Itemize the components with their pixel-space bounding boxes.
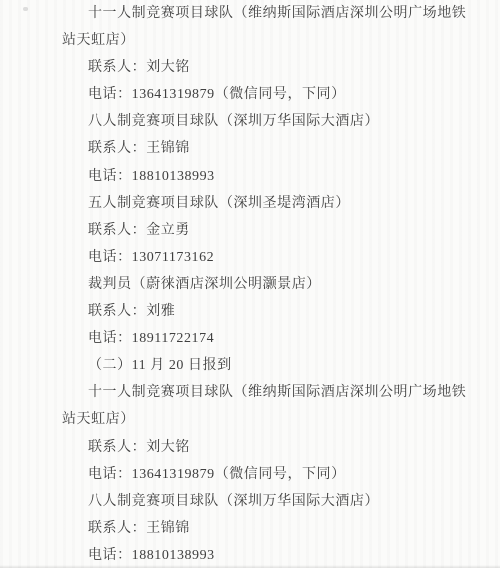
line-contact: 联系人：刘大铭 — [62, 434, 500, 461]
line-team-eleven-wrap: 站天虹店） — [62, 406, 500, 433]
line-team-five: 五人制竞赛项目球队（深圳圣堤湾酒店） — [62, 190, 500, 217]
line-contact: 联系人：王锦锦 — [62, 515, 500, 542]
line-team-eight: 八人制竞赛项目球队（深圳万华国际大酒店） — [62, 488, 500, 515]
line-team-eight: 八人制竞赛项目球队（深圳万华国际大酒店） — [62, 108, 500, 135]
line-phone: 电话：13641319879（微信同号，下同） — [62, 81, 500, 108]
line-contact: 联系人：王锦锦 — [62, 135, 500, 162]
line-team-eleven-wrap: 站天虹店） — [62, 27, 500, 54]
line-phone: 电话：13071173162 — [62, 244, 500, 271]
line-team-eleven: 十一人制竞赛项目球队（维纳斯国际酒店深圳公明广场地铁 — [62, 0, 500, 27]
line-phone: 电话：13641319879（微信同号，下同） — [62, 461, 500, 488]
line-contact: 联系人：金立勇 — [62, 217, 500, 244]
line-contact: 联系人：刘雅 — [62, 298, 500, 325]
line-section-date: （二）11 月 20 日报到 — [62, 352, 500, 379]
scan-smudge — [23, 7, 28, 11]
line-contact: 联系人：刘大铭 — [62, 54, 500, 81]
document-page: 十一人制竞赛项目球队（维纳斯国际酒店深圳公明广场地铁 站天虹店） 联系人：刘大铭… — [0, 0, 500, 568]
document-text-block: 十一人制竞赛项目球队（维纳斯国际酒店深圳公明广场地铁 站天虹店） 联系人：刘大铭… — [62, 0, 500, 568]
line-phone: 电话：18911722174 — [62, 325, 500, 352]
line-referee: 裁判员（蔚徕酒店深圳公明灏景店） — [62, 271, 500, 298]
line-team-eleven: 十一人制竞赛项目球队（维纳斯国际酒店深圳公明广场地铁 — [62, 379, 500, 406]
line-phone: 电话：18810138993 — [62, 163, 500, 190]
